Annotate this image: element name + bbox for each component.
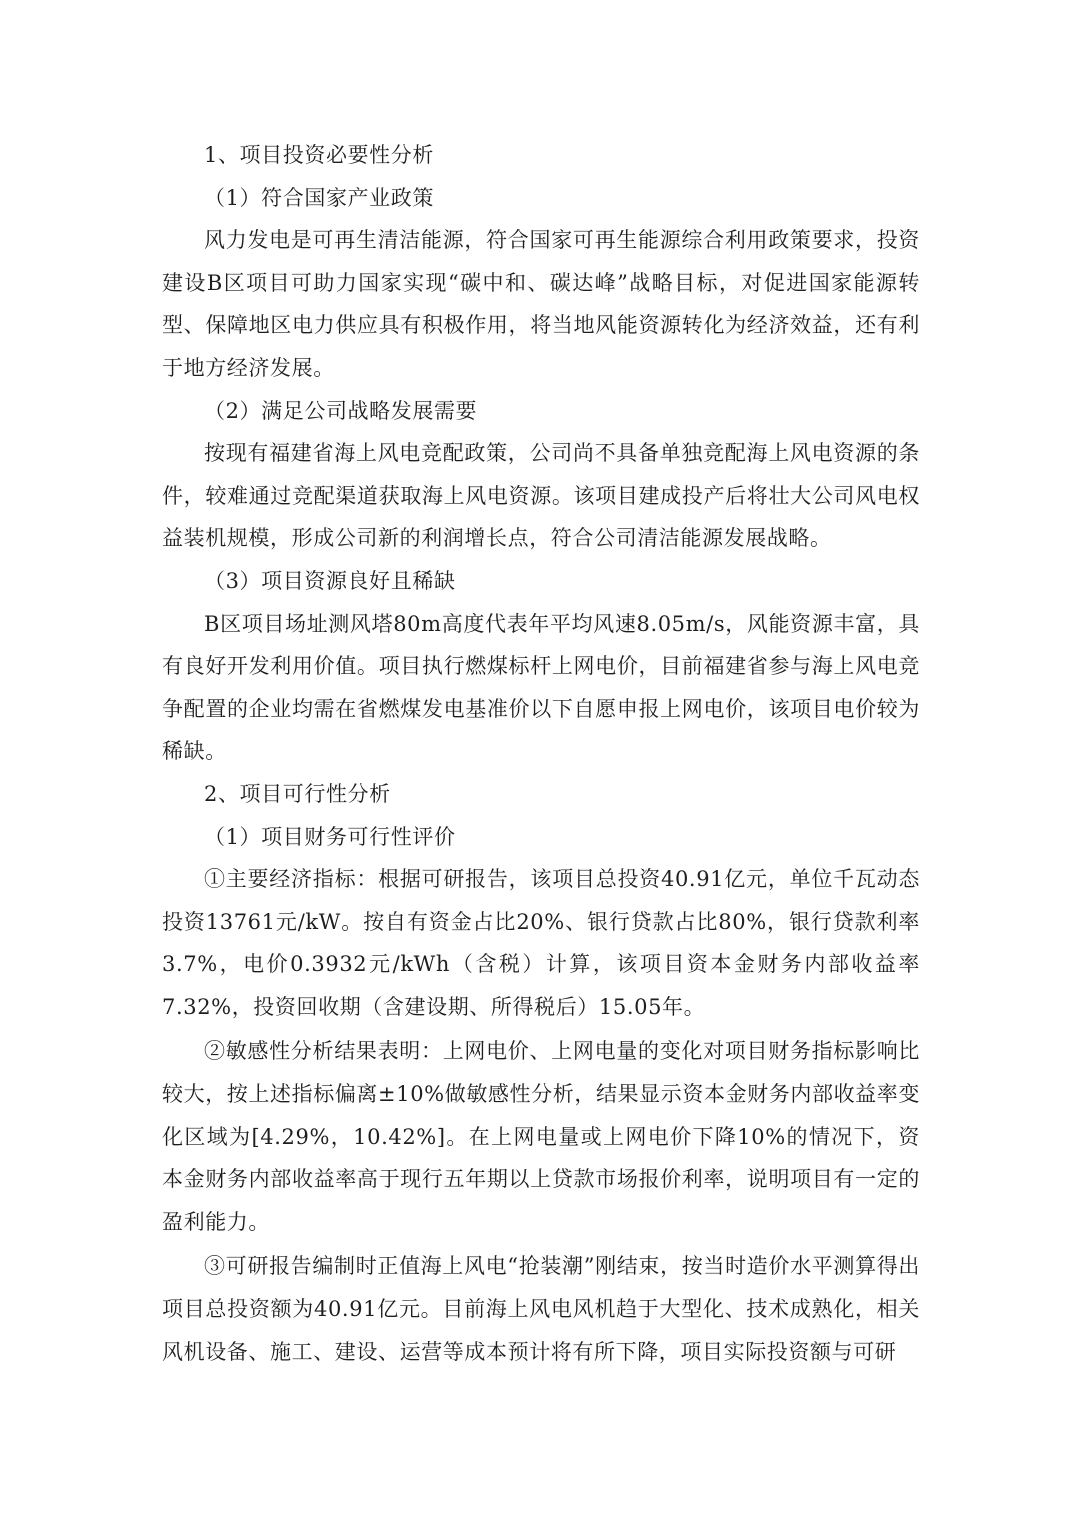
subsection-heading-resources: （3）项目资源良好且稀缺	[162, 560, 920, 603]
subsection-heading-policy: （1）符合国家产业政策	[162, 177, 920, 220]
subsection-heading-strategy: （2）满足公司战略发展需要	[162, 390, 920, 433]
paragraph-economic-indicators: ①主要经济指标：根据可研报告，该项目总投资40.91亿元，单位千瓦动态投资137…	[162, 858, 920, 1028]
document-page: 1、项目投资必要性分析 （1）符合国家产业政策 风力发电是可再生清洁能源，符合国…	[162, 134, 920, 1373]
section-heading-feasibility: 2、项目可行性分析	[162, 773, 920, 816]
subsection-heading-financial: （1）项目财务可行性评价	[162, 816, 920, 859]
paragraph-policy: 风力发电是可再生清洁能源，符合国家可再生能源综合利用政策要求，投资建设B区项目可…	[162, 219, 920, 389]
section-heading-necessity: 1、项目投资必要性分析	[162, 134, 920, 177]
paragraph-strategy: 按现有福建省海上风电竞配政策，公司尚不具备单独竞配海上风电资源的条件，较难通过竞…	[162, 432, 920, 560]
paragraph-sensitivity-analysis: ②敏感性分析结果表明：上网电价、上网电量的变化对项目财务指标影响比较大，按上述指…	[162, 1030, 920, 1243]
paragraph-resources: B区项目场址测风塔80m高度代表年平均风速8.05m/s，风能资源丰富，具有良好…	[162, 603, 920, 773]
paragraph-investment-estimate: ③可研报告编制时正值海上风电“抢装潮”刚结束，按当时造价水平测算得出项目总投资额…	[162, 1245, 920, 1373]
